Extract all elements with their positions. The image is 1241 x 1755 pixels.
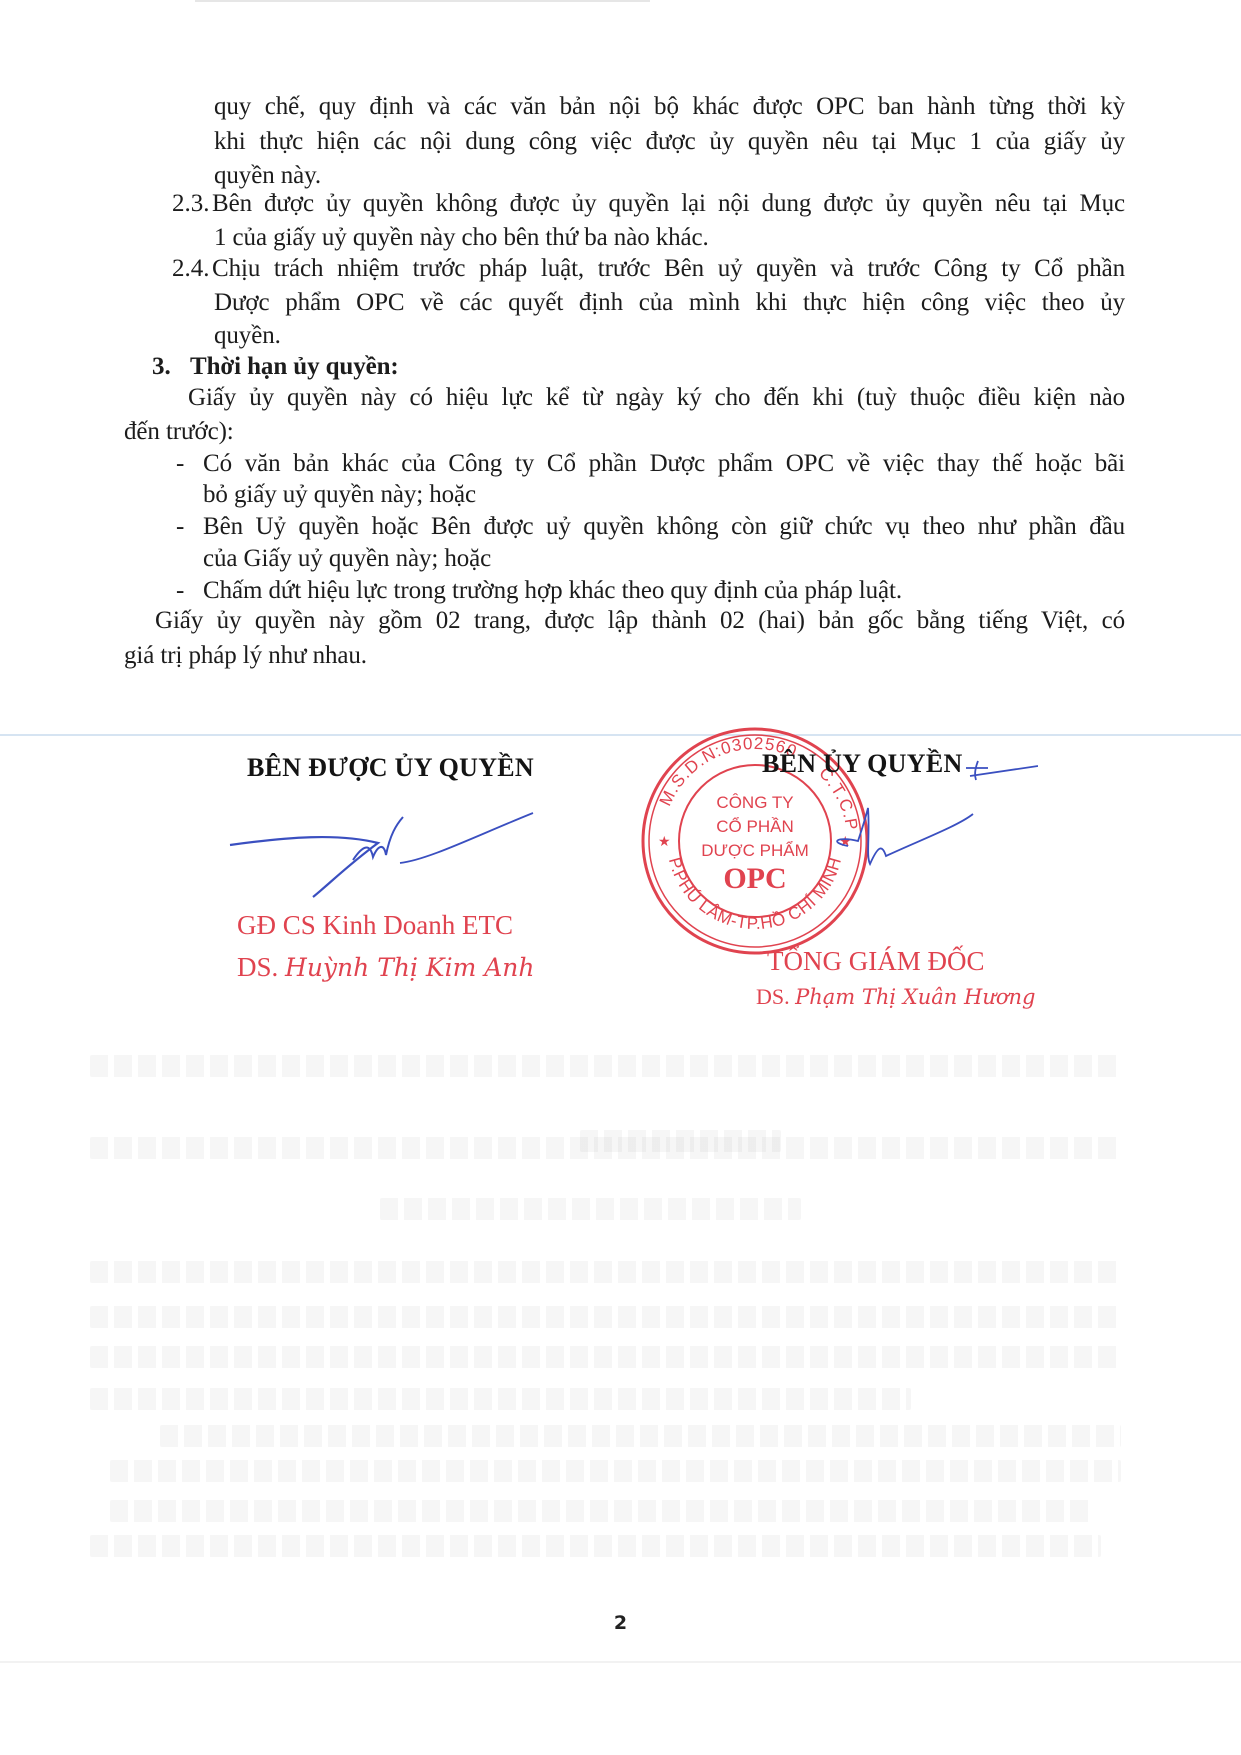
left-signature-heading: BÊN ĐƯỢC ỦY QUYỀN [247,753,534,783]
stamp-line-2: CỔ PHẦN [716,817,793,836]
bleed-through-artifact [110,1500,1091,1522]
paragraph-2-2-line-1: quy chế, quy định và các văn bản nội bộ … [214,92,1125,122]
bullet-1-line-2: bỏ giấy uỷ quyền này; hoặc [203,480,476,510]
bullet-2-line-1: Bên Uỷ quyền hoặc Bên được uỷ quyền khôn… [203,512,1125,542]
closing-line-2: giá trị pháp lý như nhau. [124,641,367,671]
right-signer-prefix: DS. [756,984,790,1009]
left-signer-name-script: Huỳnh Thị Kim Anh [285,953,534,982]
section-3-number: 3. [152,352,171,382]
item-number-2-3: 2.3. [172,189,210,219]
section-3-heading: Thời hạn ủy quyền: [190,352,399,382]
section-3-intro-line-1: Giấy ủy quyền này có hiệu lực kể từ ngày… [188,383,1125,413]
stamp-line-3: DƯỢC PHẨM [701,841,809,860]
bullet-marker: - [176,512,184,542]
bleed-through-artifact [160,1425,1121,1447]
right-signer-name-script: Phạm Thị Xuân Hương [795,985,1035,1009]
paragraph-2-4-line-2: Dược phẩm OPC về các quyết định của mình… [214,288,1125,318]
right-signer-title: TỔNG GIÁM ĐỐC [767,946,985,977]
section-3-intro-line-2: đến trước): [124,417,234,447]
bullet-1-line-1: Có văn bản khác của Công ty Cổ phần Dược… [203,449,1125,479]
bleed-through-artifact [90,1055,1121,1077]
bleed-through-artifact [380,1198,801,1220]
bleed-through-artifact [90,1346,1121,1368]
left-signer-title: GĐ CS Kinh Doanh ETC [237,910,513,941]
paragraph-2-2-line-2: khi thực hiện các nội dung công việc đượ… [214,127,1125,157]
bullet-2-line-2: của Giấy uỷ quyền này; hoặc [203,544,491,574]
left-signer-name: DS. Huỳnh Thị Kim Anh [237,952,535,983]
paragraph-2-4-line-1: Chịu trách nhiệm trước pháp luật, trước … [212,254,1125,284]
bleed-through-artifact [90,1306,1121,1328]
paragraph-2-3-line-1: Bên được ủy quyền không được ủy quyền lạ… [212,189,1125,219]
stamp-line-1: CÔNG TY [716,793,793,812]
left-signer-prefix: DS. [237,952,278,982]
page-number: 2 [0,1612,1241,1634]
scan-edge-bottom [0,1661,1241,1663]
paragraph-2-4-line-3: quyền. [214,321,281,351]
stamp-star-left-icon: ★ [658,835,671,850]
bleed-through-artifact [90,1535,1101,1557]
bullet-3-line-1: Chấm dứt hiệu lực trong trường hợp khác … [203,576,902,606]
right-handwritten-signature-icon [808,746,1038,876]
bullet-marker: - [176,449,184,479]
paragraph-2-3-line-2: 1 của giấy uỷ quyền này cho bên thứ ba n… [214,223,709,253]
right-signer-name: DS. Phạm Thị Xuân Hương [756,984,1035,1010]
item-number-2-4: 2.4. [172,254,210,284]
stamp-line-4: OPC [723,862,786,895]
bleed-through-artifact [90,1261,1121,1283]
closing-line-1: Giấy ủy quyền này gồm 02 trang, được lập… [155,606,1125,636]
left-handwritten-signature-icon [228,805,538,910]
scan-edge-top [195,0,650,2]
paragraph-2-2-line-3: quyền này. [214,161,321,191]
bleed-through-artifact [90,1388,911,1410]
scan-divider-line [0,734,1241,736]
bullet-marker: - [176,576,184,606]
bleed-through-artifact [110,1460,1121,1482]
bleed-through-artifact [90,1137,1121,1159]
